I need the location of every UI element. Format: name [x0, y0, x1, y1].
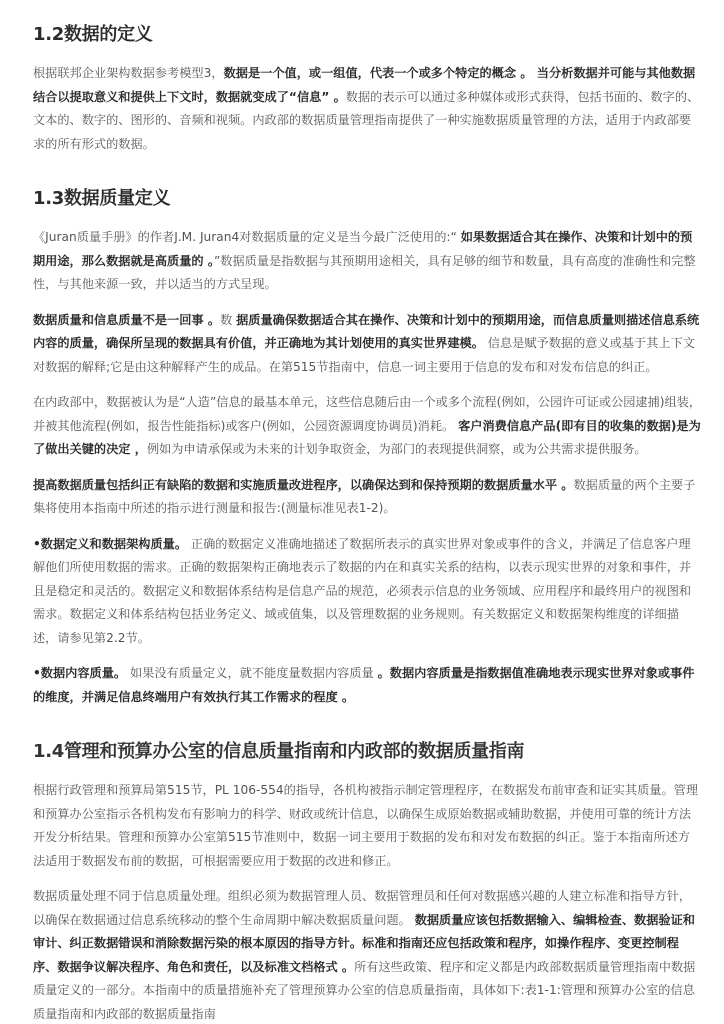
section-heading-1-3: 1.3数据质量定义 — [33, 186, 702, 212]
bold-text-run: •数据内容质量。 — [33, 666, 126, 680]
section-1-4: 1.4管理和预算办公室的信息质量指南和内政部的数据质量指南 根据行政管理和预算局… — [33, 739, 702, 1024]
paragraph-data-definition: 根据联邦企业架构数据参考模型3，数据是一个值，或一组值，代表一个或多个特定的概念… — [33, 62, 702, 156]
section-1-3: 1.3数据质量定义 《Juran质量手册》的作者J.M. Juran4对数据质量… — [33, 186, 702, 709]
text-run: 根据行政管理和预算局第515节，PL 106-554的指导，各机构被指示制定管理… — [33, 783, 698, 868]
bullet-definition-architecture-quality: •数据定义和数据架构质量。 正确的数据定义准确地描述了数据所表示的真实世界对象或… — [33, 533, 702, 651]
paragraph-juran-definition: 《Juran质量手册》的作者J.M. Juran4对数据质量的定义是当今最广泛使… — [33, 226, 702, 297]
paragraph-data-quality-processing: 数据质量处理不同于信息质量处理。组织必须为数据管理人员、数据管理员和任何对数据感… — [33, 885, 702, 1024]
paragraph-improve-data-quality: 提高数据质量包括纠正有缺陷的数据和实施质量改进程序，以确保达到和保持预期的数据质… — [33, 474, 702, 521]
bold-text-run: 提高数据质量包括纠正有缺陷的数据和实施质量改进程序，以确保达到和保持预期的数据质… — [33, 478, 574, 492]
text-run: 根据联邦企业架构数据参考模型3， — [33, 66, 224, 80]
text-run: 数 — [220, 313, 236, 327]
text-run: 例如为申请承保或为未来的计划争取资金，为部门的表现提供洞察，或为公共需求提供服务… — [147, 442, 647, 456]
text-run: 《Juran质量手册》的作者J.M. Juran4对数据质量的定义是当今最广泛使… — [33, 230, 461, 244]
paragraph-omb-section-515: 根据行政管理和预算局第515节，PL 106-554的指导，各机构被指示制定管理… — [33, 779, 702, 873]
section-1-2: 1.2数据的定义 根据联邦企业架构数据参考模型3，数据是一个值，或一组值，代表一… — [33, 22, 702, 156]
document-page: 1.2数据的定义 根据联邦企业架构数据参考模型3，数据是一个值，或一组值，代表一… — [0, 0, 724, 1024]
bullet-content-quality: •数据内容质量。 如果没有质量定义，就不能度量数据内容质量 。数据内容质量是指数… — [33, 662, 702, 709]
bold-text-run: 数据质量和信息质量不是一回事 。 — [33, 313, 220, 327]
paragraph-data-in-department: 在内政部中，数据被认为是“人造”信息的最基本单元，这些信息随后由一个或多个流程(… — [33, 391, 702, 462]
section-heading-1-2: 1.2数据的定义 — [33, 22, 702, 48]
paragraph-data-vs-information-quality: 数据质量和信息质量不是一回事 。数 据质量确保数据适合其在操作、决策和计划中的预… — [33, 309, 702, 380]
text-run: 如果没有质量定义，就不能度量数据内容质量 — [126, 666, 378, 680]
bold-text-run: •数据定义和数据架构质量。 — [33, 537, 187, 551]
section-heading-1-4: 1.4管理和预算办公室的信息质量指南和内政部的数据质量指南 — [33, 739, 702, 765]
text-run: 正确的数据定义准确地描述了数据所表示的真实世界对象或事件的含义，并满足了信息客户… — [33, 537, 691, 645]
